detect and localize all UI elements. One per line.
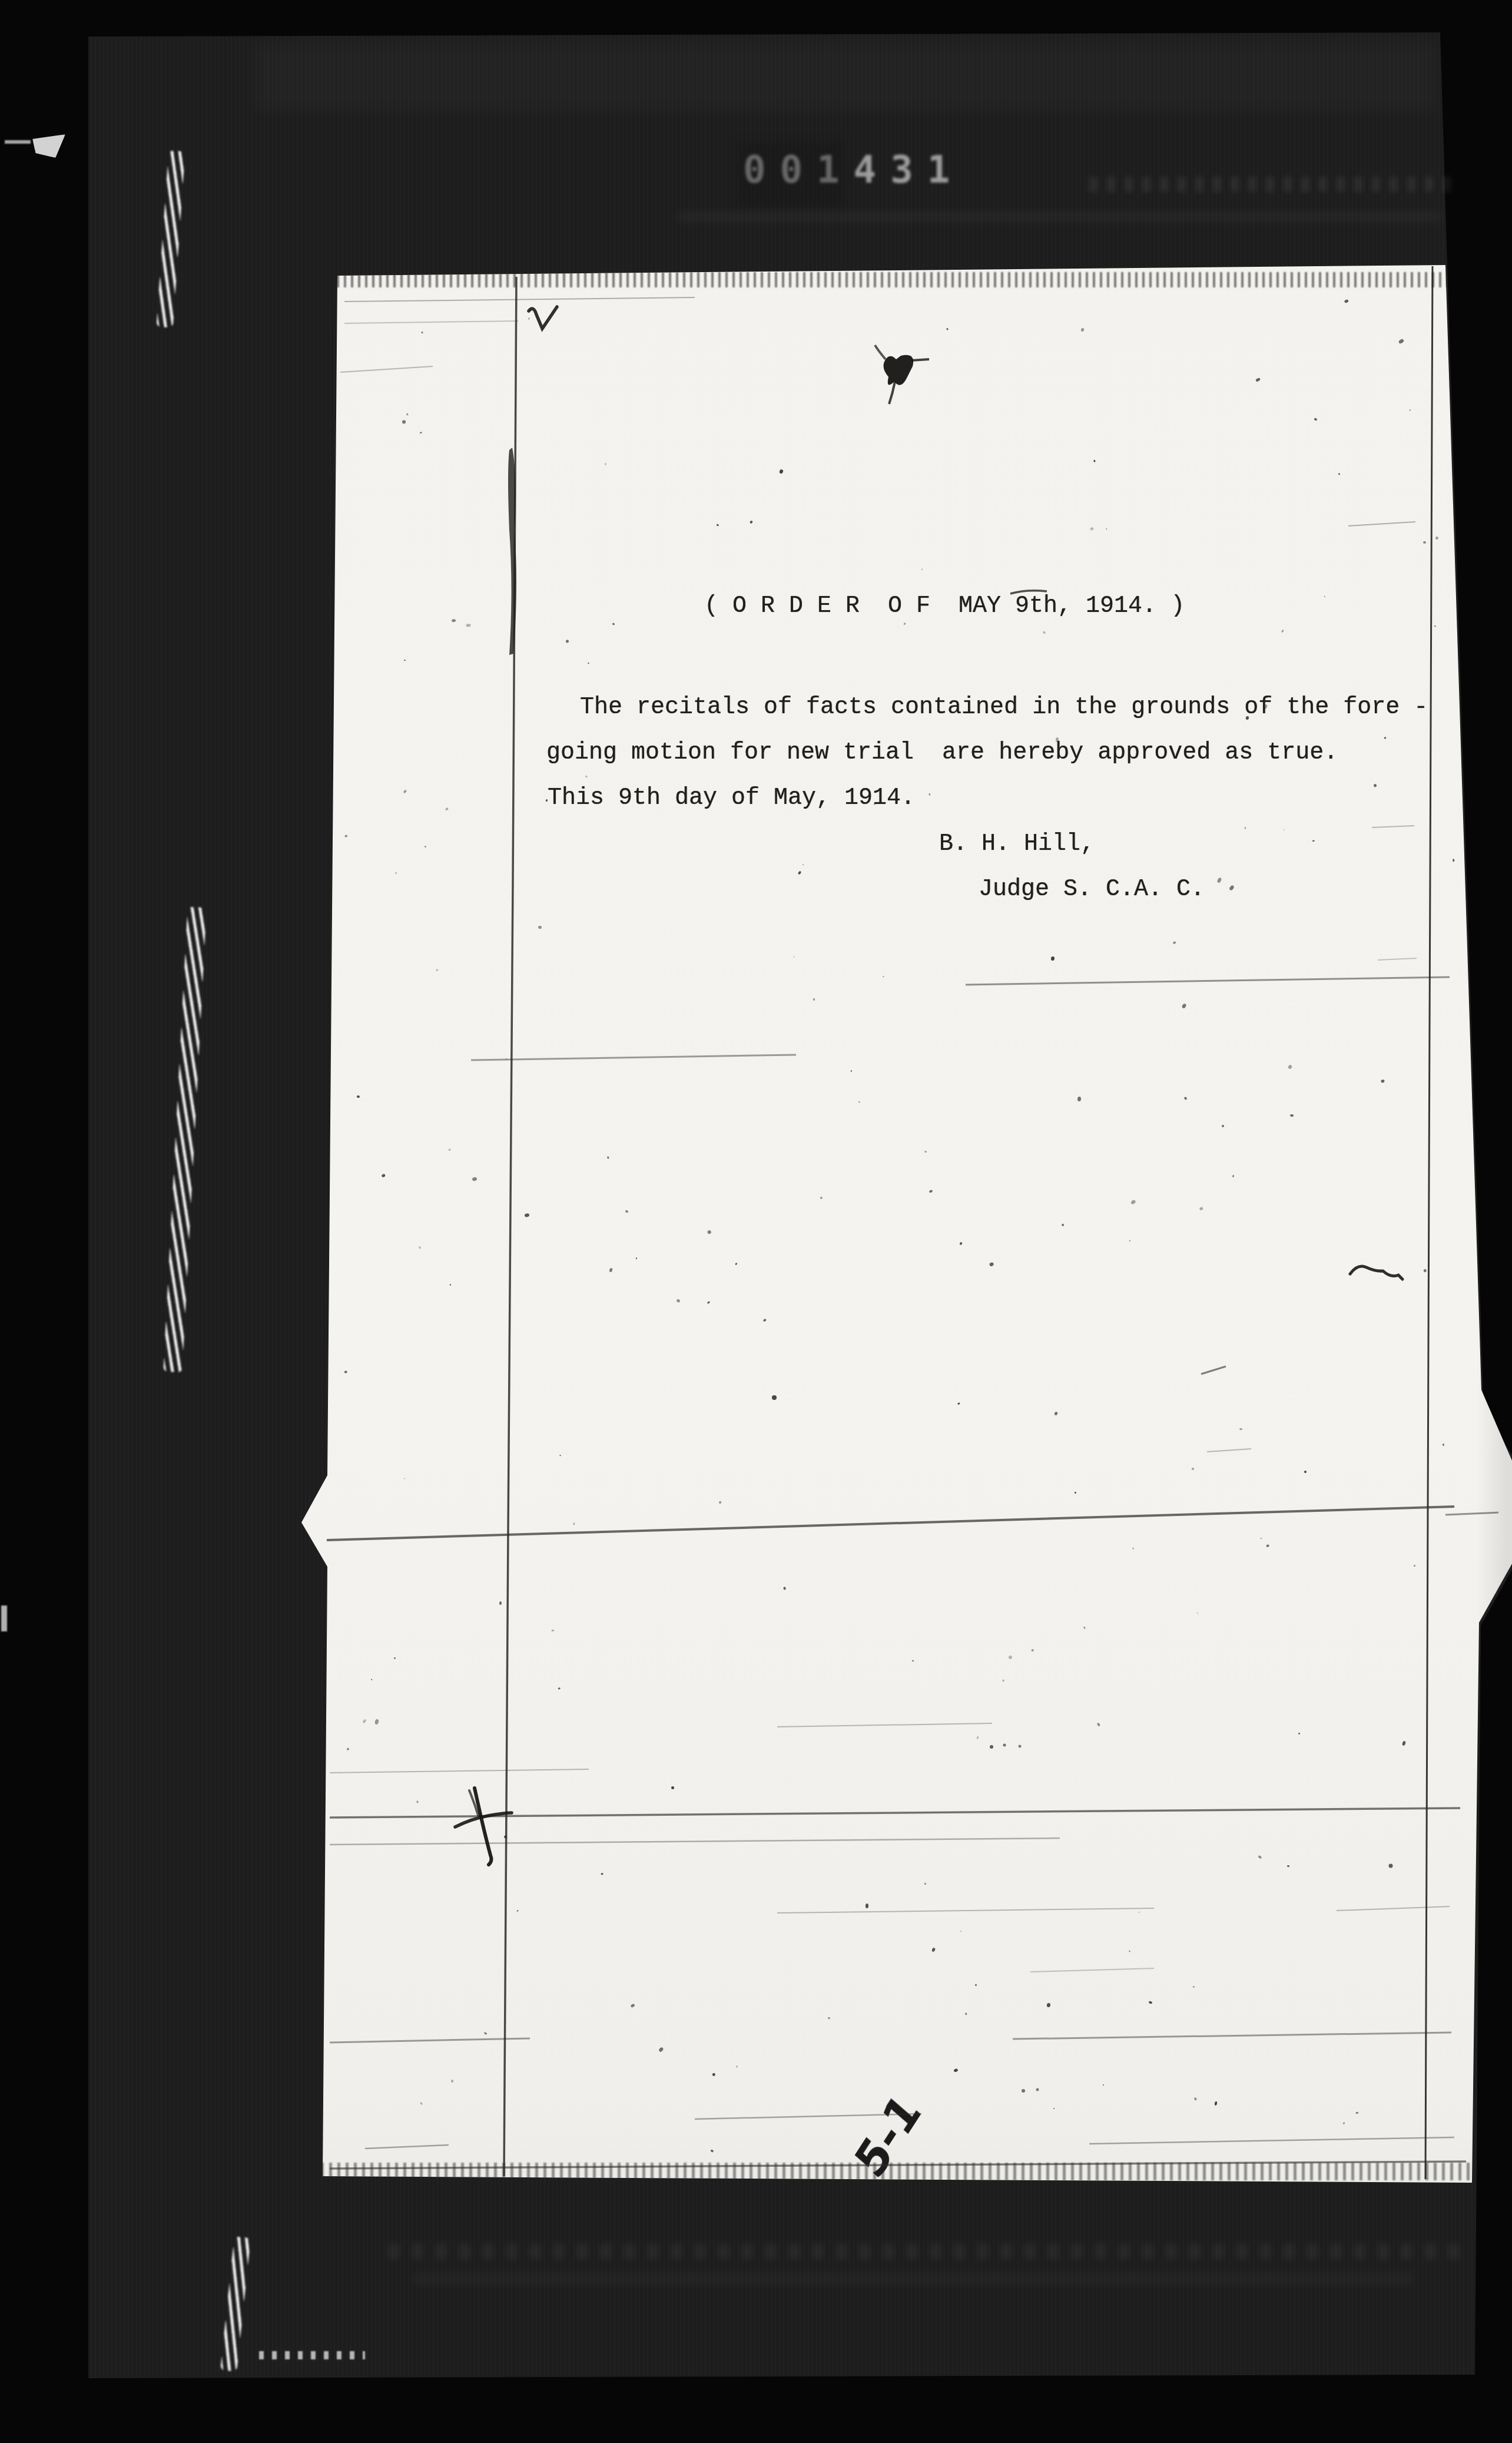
paper-speck — [707, 1230, 712, 1234]
signature-role: Judge S. C.A. C. — [979, 877, 1205, 903]
paper-speck — [858, 1101, 860, 1103]
paper-speck — [1053, 2108, 1055, 2109]
paper-speck — [406, 413, 409, 416]
paper-speck — [347, 1747, 350, 1750]
paper-speck — [1434, 625, 1436, 627]
paper-speck — [658, 2047, 664, 2052]
paper-speck — [779, 469, 784, 474]
paper-speck — [1214, 2101, 1218, 2106]
paper-speck — [394, 1657, 396, 1659]
paper-speck — [1258, 1855, 1262, 1859]
paper-speck — [1344, 299, 1349, 303]
paper-speck — [466, 624, 471, 627]
paper-speck — [1139, 1912, 1140, 1913]
paper-speck — [1304, 1470, 1307, 1473]
paper-speck — [573, 1522, 575, 1525]
paper-speck — [763, 1319, 767, 1322]
paper-speck — [1290, 1114, 1294, 1117]
paper-speck — [420, 432, 422, 434]
paper-speck — [1287, 1064, 1292, 1070]
order-body-line-2: going motion for new trial are hereby ap… — [546, 740, 1338, 766]
film-specks-row — [259, 2351, 365, 2359]
paper-speck — [362, 1719, 367, 1723]
paper-speck — [931, 1947, 936, 1952]
paper-speck — [975, 1984, 977, 1987]
paper-speck — [798, 870, 802, 875]
paper-speck — [1245, 827, 1246, 829]
paper-speck — [559, 1454, 562, 1456]
paper-speck — [451, 2080, 454, 2083]
paper-speck — [959, 1242, 963, 1246]
paper-speck — [395, 872, 397, 874]
paper-speck — [750, 520, 753, 524]
paper-speck — [1255, 378, 1261, 383]
paper-speck — [422, 332, 423, 333]
paper-speck — [1312, 840, 1315, 842]
paper-speck — [1149, 2001, 1153, 2004]
paper-speck — [528, 317, 530, 320]
paper-speck — [712, 2073, 716, 2077]
paper-speck — [1042, 631, 1046, 634]
paper-speck — [436, 969, 439, 971]
paper-speck — [404, 1478, 405, 1479]
paper-speck — [1080, 327, 1085, 332]
paper-speck — [1373, 783, 1377, 787]
paper-speck — [425, 846, 426, 848]
paper-speck — [416, 1800, 419, 1803]
paper-speck — [1232, 1175, 1235, 1178]
paper-speck — [1074, 1491, 1076, 1494]
paper-speck — [1221, 1124, 1225, 1127]
paper-speck — [625, 1210, 629, 1213]
paper-speck — [558, 1687, 561, 1690]
paper-speck — [929, 793, 930, 796]
paper-speck — [636, 1257, 638, 1259]
paper-speck — [538, 926, 542, 929]
paper-speck — [472, 1177, 477, 1181]
paper-speck — [1402, 1740, 1406, 1746]
paper-speck — [1423, 1269, 1427, 1272]
paper-speck — [1129, 1240, 1131, 1242]
microfilm-scan: 001431 ( O R D E R O F MAY 9th, 1914. ) … — [0, 0, 1512, 2443]
paper-speck — [1298, 1732, 1300, 1734]
paper-speck — [912, 1660, 914, 1662]
paper-speck — [954, 2068, 959, 2073]
paper-speck — [1129, 1950, 1130, 1952]
paper-speck — [1103, 2084, 1104, 2086]
paper-speck — [1031, 1648, 1034, 1651]
paper-speck — [374, 1719, 379, 1724]
paper-speck — [1193, 1986, 1195, 1988]
paper-speck — [1314, 418, 1317, 421]
paper-speck — [382, 1173, 386, 1177]
paper-speck — [517, 1910, 519, 1912]
paper-speck — [551, 1630, 555, 1632]
paper-speck — [1046, 2002, 1050, 2007]
paper-speck — [1093, 460, 1096, 462]
paper-speck — [1216, 877, 1222, 883]
paper-speck — [924, 1883, 927, 1885]
film-edge-wedge — [32, 134, 65, 158]
paper-speck — [1051, 956, 1055, 961]
paper-speck — [1409, 409, 1411, 411]
paper-speck — [717, 524, 719, 526]
paper-speck — [957, 1402, 960, 1405]
paper-speck — [1284, 829, 1285, 831]
paper-speck — [404, 660, 406, 661]
paper-speck — [402, 420, 406, 424]
paper-speck — [1077, 1097, 1081, 1102]
paper-speck — [671, 1786, 675, 1790]
paper-speck — [1083, 1627, 1086, 1629]
paper-speck — [735, 2065, 738, 2068]
paper-speck — [1130, 1199, 1136, 1204]
paper-speck — [1132, 1548, 1134, 1550]
paper-speck — [630, 2003, 635, 2008]
paper-speck — [1342, 2122, 1345, 2125]
paper-speck — [1452, 859, 1454, 862]
paper-speck — [565, 640, 569, 643]
film-edge-dash — [5, 140, 31, 144]
paper-speck — [803, 864, 804, 866]
paper-speck — [929, 1190, 933, 1193]
paper-speck — [1384, 736, 1387, 739]
paper-speck — [1090, 527, 1094, 531]
paper-speck — [1009, 1656, 1013, 1660]
paper-speck — [946, 327, 949, 330]
paper-speck — [1266, 1544, 1269, 1547]
paper-speck — [1324, 595, 1326, 597]
paper-speck — [1199, 1207, 1203, 1210]
paper-speck — [1197, 1613, 1198, 1614]
paper-speck — [503, 1835, 508, 1839]
paper-speck — [607, 1156, 609, 1159]
paper-speck — [866, 1904, 869, 1908]
paper-speck — [371, 1679, 373, 1681]
paper-speck — [1355, 2111, 1359, 2114]
paper-speck — [965, 2012, 967, 2015]
paper-speck — [1183, 1097, 1188, 1101]
paper-speck — [1239, 1428, 1242, 1431]
paper-speck — [850, 1070, 852, 1072]
paper-speck — [1181, 1003, 1186, 1009]
paper-speck — [1381, 1079, 1385, 1083]
paper-speck — [903, 623, 906, 625]
paper-speck — [828, 2017, 830, 2019]
paper-speck — [783, 1587, 786, 1590]
paper-speck — [989, 1262, 994, 1266]
paper-speck — [1097, 1723, 1100, 1727]
paper-speck — [448, 1148, 451, 1151]
paper-speck — [707, 1301, 711, 1305]
paper-speck — [585, 775, 588, 777]
order-title: ( O R D E R O F MAY 9th, 1914. ) — [704, 594, 1185, 620]
paper-speck — [452, 619, 456, 623]
paper-speck — [357, 1095, 360, 1098]
paper-speck — [883, 976, 884, 977]
paper-speck — [403, 789, 407, 793]
paper-speck — [820, 1196, 823, 1199]
paper-speck — [921, 569, 923, 570]
paper-speck — [609, 1267, 613, 1272]
paper-speck — [1002, 1680, 1004, 1682]
paper-speck — [1435, 537, 1439, 540]
paper-speck — [588, 662, 589, 664]
signature-name: B. H. Hill, — [939, 832, 1095, 858]
paper-speck — [1260, 1538, 1262, 1539]
paper-speck — [1061, 1223, 1065, 1227]
paper-speck — [924, 1151, 927, 1153]
paper-speck — [604, 463, 606, 466]
paper-speck — [344, 835, 348, 837]
paper-speck — [1229, 885, 1235, 891]
order-body-line-1: The recitals of facts contained in the g… — [580, 695, 1428, 721]
paper-speck — [1054, 1411, 1058, 1416]
paper-speck — [1338, 473, 1340, 475]
paper-speck — [524, 1213, 529, 1217]
paper-speck — [418, 1246, 421, 1249]
paper-speck — [1287, 1865, 1289, 1868]
paper-speck — [793, 956, 794, 958]
paper-speck — [1414, 1565, 1416, 1567]
paper-speck — [1173, 941, 1176, 944]
paper-speck — [506, 1058, 508, 1060]
paper-speck — [420, 2102, 423, 2106]
paper-speck — [710, 2149, 714, 2152]
paper-speck — [1443, 1444, 1445, 1446]
stamp-dim-overlay — [736, 141, 845, 206]
paper-speck — [976, 1736, 979, 1740]
paper-speck — [676, 1299, 681, 1303]
paper-speck — [445, 807, 449, 811]
paper-speck — [718, 1501, 722, 1504]
paper-speck — [450, 1284, 452, 1286]
paper-speck — [1423, 541, 1426, 544]
paper-speck — [1192, 1468, 1194, 1470]
paper-speck — [612, 623, 615, 625]
paper-speck — [960, 1931, 961, 1932]
paper-speck — [1106, 528, 1107, 529]
paper-speck — [499, 1601, 502, 1605]
paper-speck — [813, 998, 815, 1001]
paper-speck — [735, 1263, 737, 1266]
paper-speck — [601, 1873, 604, 1875]
paper-speck — [344, 1371, 347, 1373]
paper-speck — [1281, 630, 1284, 633]
film-edge-tick — [1, 1606, 7, 1631]
order-body-line-3: This 9th day of May, 1914. — [548, 786, 915, 812]
paper-speck — [1194, 2097, 1198, 2101]
paper-speck — [484, 2032, 488, 2035]
paper-speck — [1398, 339, 1405, 345]
